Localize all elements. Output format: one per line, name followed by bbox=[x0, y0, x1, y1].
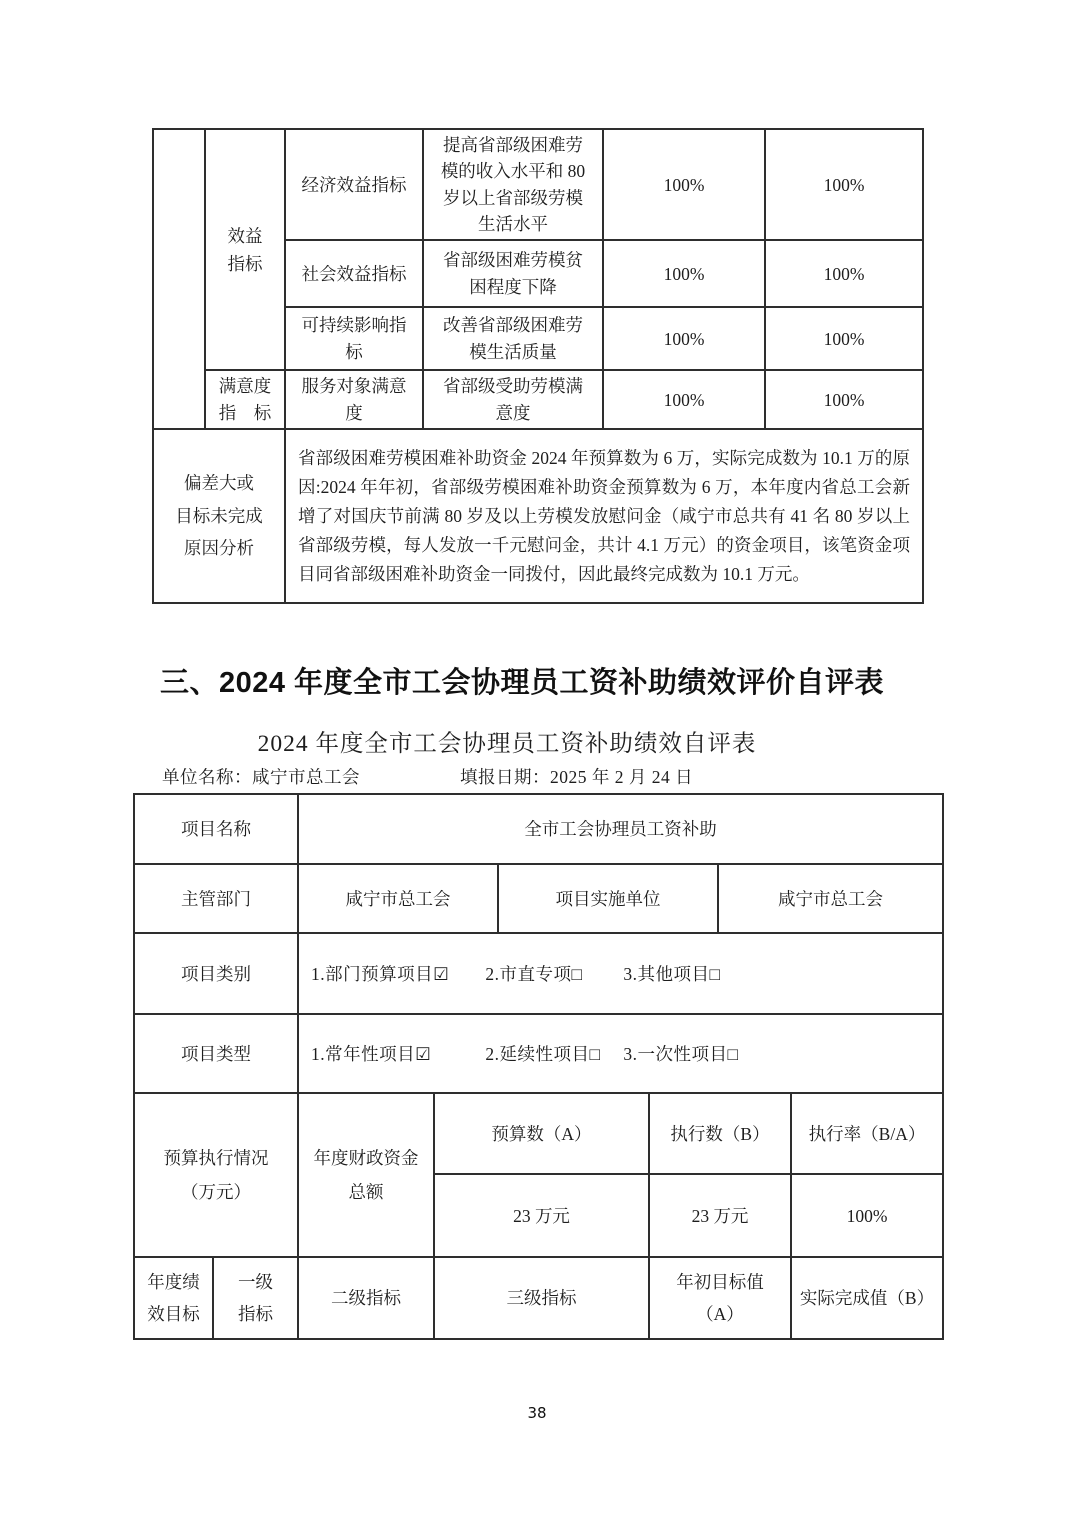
indicator-name-cell: 社会效益指标 bbox=[285, 240, 423, 307]
indicator-name-cell: 服务对象满意 度 bbox=[285, 370, 423, 429]
document-page: 效益 指标 经济效益指标 提高省部级困难劳 模的收入水平和 80 岁以上省部级劳… bbox=[0, 0, 1074, 1520]
actual-value-cell: 100% bbox=[765, 129, 923, 240]
budget-col-rate-cell: 执行率（B/A） bbox=[791, 1093, 943, 1174]
budget-label-cell: 预算执行情况 （万元） bbox=[134, 1093, 298, 1257]
table-row: 项目类别 1.部门预算项目☑ 2.市直专项□ 3.其他项目□ bbox=[134, 933, 943, 1014]
indicator-name-cell: 可持续影响指 标 bbox=[285, 307, 423, 370]
indicator-desc-cell: 改善省部级困难劳 模生活质量 bbox=[423, 307, 603, 370]
table-row: 效益 指标 经济效益指标 提高省部级困难劳 模的收入水平和 80 岁以上省部级劳… bbox=[153, 129, 923, 240]
table-row: 偏差大或 目标未完成 原因分析 省部级困难劳模困难补助资金 2024 年预算数为… bbox=[153, 429, 923, 603]
indicator-name-cell: 经济效益指标 bbox=[285, 129, 423, 240]
target-value-cell: 100% bbox=[603, 240, 765, 307]
indicator-desc-cell: 省部级困难劳模贫 困程度下降 bbox=[423, 240, 603, 307]
target-value-cell: 100% bbox=[603, 370, 765, 429]
indicator-desc-cell: 提高省部级困难劳 模的收入水平和 80 岁以上省部级劳模 生活水平 bbox=[423, 129, 603, 240]
dept-label-cell: 主管部门 bbox=[134, 864, 298, 933]
level1-label-cell: 一级 指标 bbox=[213, 1257, 298, 1339]
project-name-label-cell: 项目名称 bbox=[134, 794, 298, 864]
indicator-desc-cell: 省部级受助劳模满 意度 bbox=[423, 370, 603, 429]
unit-name-label: 单位名称：咸宁市总工会 bbox=[162, 764, 360, 789]
budget-rate-value-cell: 100% bbox=[791, 1174, 943, 1257]
actual-value-cell: 100% bbox=[765, 307, 923, 370]
project-name-value-cell: 全市工会协理员工资补助 bbox=[298, 794, 943, 864]
section-heading: 三、2024 年度全市工会协理员工资补助绩效评价自评表 bbox=[0, 660, 1044, 701]
impl-value-cell: 咸宁市总工会 bbox=[718, 864, 943, 933]
budget-col-a-cell: 预算数（A） bbox=[434, 1093, 649, 1174]
actual-value-cell: 100% bbox=[765, 370, 923, 429]
goal-label-cell: 年度绩 效目标 bbox=[134, 1257, 213, 1339]
budget-a-value-cell: 23 万元 bbox=[434, 1174, 649, 1257]
continuation-empty-cell bbox=[153, 129, 205, 429]
budget-col-b-cell: 执行数（B） bbox=[649, 1093, 791, 1174]
report-date-label: 填报日期：2025 年 2 月 24 日 bbox=[460, 764, 693, 789]
table-row: 项目类型 1.常年性项目☑ 2.延续性项目□ 3.一次性项目□ bbox=[134, 1014, 943, 1093]
benefit-indicator-table: 效益 指标 经济效益指标 提高省部级困难劳 模的收入水平和 80 岁以上省部级劳… bbox=[152, 128, 924, 604]
indicator-group-cell: 效益 指标 bbox=[205, 129, 285, 370]
target-value-cell: 100% bbox=[603, 129, 765, 240]
dept-value-cell: 咸宁市总工会 bbox=[298, 864, 498, 933]
deviation-text-cell: 省部级困难劳模困难补助资金 2024 年预算数为 6 万，实际完成数为 10.1… bbox=[285, 429, 923, 603]
table-row: 满意度 指 标 服务对象满意 度 省部级受助劳模满 意度 100% 100% bbox=[153, 370, 923, 429]
target-col-label-cell: 年初目标值 （A） bbox=[649, 1257, 791, 1339]
indicator-group-cell: 满意度 指 标 bbox=[205, 370, 285, 429]
level2-label-cell: 二级指标 bbox=[298, 1257, 434, 1339]
impl-label-cell: 项目实施单位 bbox=[498, 864, 718, 933]
category-label-cell: 项目类别 bbox=[134, 933, 298, 1014]
type-options-cell: 1.常年性项目☑ 2.延续性项目□ 3.一次性项目□ bbox=[298, 1014, 943, 1093]
type-label-cell: 项目类型 bbox=[134, 1014, 298, 1093]
actual-col-label-cell: 实际完成值（B） bbox=[791, 1257, 943, 1339]
table-row: 主管部门 咸宁市总工会 项目实施单位 咸宁市总工会 bbox=[134, 864, 943, 933]
actual-value-cell: 100% bbox=[765, 240, 923, 307]
self-eval-info-table: 项目名称 全市工会协理员工资补助 主管部门 咸宁市总工会 项目实施单位 咸宁市总… bbox=[133, 793, 944, 1340]
table-row: 项目名称 全市工会协理员工资补助 bbox=[134, 794, 943, 864]
target-value-cell: 100% bbox=[603, 307, 765, 370]
deviation-label-cell: 偏差大或 目标未完成 原因分析 bbox=[153, 429, 285, 603]
table-row: 预算执行情况 （万元） 年度财政资金 总额 预算数（A） 执行数（B） 执行率（… bbox=[134, 1093, 943, 1174]
table-title: 2024 年度全市工会协理员工资补助绩效自评表 bbox=[0, 724, 1014, 758]
level3-label-cell: 三级指标 bbox=[434, 1257, 649, 1339]
category-options-cell: 1.部门预算项目☑ 2.市直专项□ 3.其他项目□ bbox=[298, 933, 943, 1014]
budget-total-label-cell: 年度财政资金 总额 bbox=[298, 1093, 434, 1257]
table-row: 年度绩 效目标 一级 指标 二级指标 三级指标 年初目标值 （A） 实际完成值（… bbox=[134, 1257, 943, 1339]
budget-b-value-cell: 23 万元 bbox=[649, 1174, 791, 1257]
page-number: 38 bbox=[0, 1404, 1074, 1422]
